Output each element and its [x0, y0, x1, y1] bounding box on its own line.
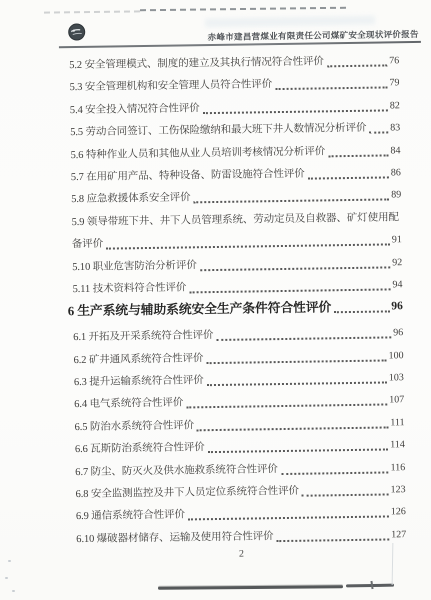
toc-entry: 6.8 安全监测监控及井下人员定位系统符合性评价 123 [75, 482, 405, 502]
toc-entry-label: 6.5 防治水系统符合性评价 [74, 418, 194, 435]
toc-entry-label: 5.5 劳动合同签订、工伤保险缴纳和最大班下井人数情况分析评价 [70, 121, 366, 140]
toc-entry: 6.1 开拓及开采系统符合性评价 96 [73, 326, 403, 346]
toc-entry-page: 127 [391, 527, 406, 542]
toc-leader-dots [197, 415, 389, 431]
toc-entry: 6 生产系统与辅助系统安全生产条件符合性评价 96 [68, 300, 403, 320]
toc-leader-dots [276, 527, 389, 542]
toc-entry-page: 103 [389, 370, 404, 385]
toc-leader-dots [207, 371, 387, 387]
toc-entry-page: 84 [390, 143, 400, 158]
toc-leader-dots [216, 326, 391, 342]
toc-entry-page: 123 [390, 482, 405, 497]
toc-leader-dots [200, 255, 391, 271]
toc-entry-label: 5.4 安全投入情况符合性评价 [70, 101, 200, 118]
toc-entry: 5.6 特种作业人员和其他从业人员培训考核情况分析评价 84 [70, 143, 400, 163]
table-of-contents: 5.2 安全管理模式、制度的建立及其执行情况符合性评价 76 5.3 安全管理机… [69, 53, 406, 554]
toc-entry-label: 6.1 开拓及开采系统符合性评价 [73, 328, 213, 345]
toc-leader-dots [328, 143, 389, 157]
toc-leader-dots [369, 121, 388, 134]
toc-entry-page: 94 [392, 277, 402, 292]
toc-leader-dots [186, 393, 387, 409]
toc-leader-dots [327, 53, 388, 67]
toc-leader-dots [188, 505, 389, 521]
toc-leader-dots [334, 300, 389, 314]
toc-entry-label: 5.11 技术资料符合性评价 [72, 280, 186, 297]
toc-leader-dots [208, 438, 389, 454]
toc-entry: 5.9 领导带班下井、井下人员管理系统、劳动定员及自救器、矿灯使用配 [71, 210, 401, 230]
toc-entry-label: 6.8 安全监测监控及井下人员定位系统符合性评价 [75, 484, 299, 502]
toc-leader-dots [307, 165, 388, 179]
toc-entry: 5.11 技术资料符合性评价 94 [72, 277, 402, 297]
toc-entry-page: 114 [390, 437, 405, 452]
toc-entry: 5.4 安全投入情况符合性评价 82 [70, 98, 400, 118]
toc-entry: 6.6 瓦斯防治系统符合性评价 114 [75, 437, 405, 457]
company-emblem-icon [68, 23, 86, 41]
toc-leader-dots [106, 233, 390, 250]
toc-entry-label: 6.2 矿井通风系统符合性评价 [73, 351, 203, 368]
toc-entry-page: 100 [388, 348, 403, 363]
toc-leader-dots [203, 98, 388, 114]
toc-entry-page: 76 [389, 53, 399, 68]
toc-entry-label: 备评价 [72, 237, 103, 252]
toc-leader-dots [189, 277, 390, 293]
toc-entry-page: 111 [390, 415, 404, 430]
toc-entry-page: 92 [392, 255, 402, 270]
toc-leader-dots [281, 460, 389, 475]
toc-entry-page: 89 [391, 188, 401, 203]
toc-entry-label: 6.10 爆破器材储存、运输及使用符合性评价 [76, 529, 274, 547]
toc-entry-page: 83 [390, 120, 400, 135]
toc-entry-label: 6.7 防尘、防灭火及供水施救系统符合性评价 [75, 462, 278, 480]
toc-entry-page: 116 [390, 460, 405, 475]
toc-entry: 5.8 应急救援体系安全评价 89 [71, 188, 401, 208]
toc-entry: 5.10 职业危害防治分析评价 92 [72, 255, 402, 275]
toc-entry-page: 86 [391, 165, 401, 180]
toc-entry-page: 82 [390, 98, 400, 113]
toc-leader-dots [193, 188, 389, 204]
toc-entry-label: 5.9 领导带班下井、井下人员管理系统、劳动定员及自救器、矿灯使用配 [71, 210, 399, 230]
toc-entry: 备评价 91 [72, 232, 402, 252]
toc-entry-label: 6.6 瓦斯防治系统符合性评价 [75, 440, 205, 457]
toc-entry-label: 6.4 电气系统符合性评价 [74, 396, 183, 413]
toc-entry: 5.5 劳动合同签订、工伤保险缴纳和最大班下井人数情况分析评价 83 [70, 120, 400, 140]
toc-entry: 5.3 安全管理机构和安全管理人员符合性评价 79 [69, 76, 399, 96]
toc-entry: 5.2 安全管理模式、制度的建立及其执行情况符合性评价 76 [69, 53, 399, 73]
toc-entry: 6.3 提升运输系统符合性评价 103 [74, 370, 404, 390]
scanned-document-page: 赤峰市建昌营煤业有限责任公司煤矿安全现状评价报告 5.2 安全管理模式、制度的建… [0, 0, 431, 600]
toc-leader-dots [302, 482, 389, 496]
toc-entry-label: 5.10 职业危害防治分析评价 [72, 258, 197, 275]
toc-entry-label: 6.9 通信系统符合性评价 [76, 508, 185, 525]
toc-entry-label: 5.3 安全管理机构和安全管理人员符合性评价 [69, 78, 272, 96]
toc-entry: 6.10 爆破器材储存、运输及使用符合性评价 127 [76, 527, 406, 547]
toc-entry-label: 5.6 特种作业人员和其他从业人员培训考核情况分析评价 [70, 144, 325, 163]
toc-entry-page: 79 [389, 76, 399, 91]
toc-entry-page: 107 [389, 393, 404, 408]
toc-entry: 5.7 在用矿用产品、特种设备、防雷设施符合性评价 86 [71, 165, 401, 185]
toc-entry: 6.4 电气系统符合性评价 107 [74, 393, 404, 413]
toc-entry-label: 5.8 应急救援体系安全评价 [71, 191, 191, 208]
toc-entry-page: 126 [391, 505, 406, 520]
toc-leader-dots [206, 348, 386, 364]
toc-entry-page: 91 [392, 232, 402, 247]
toc-entry-label: 6.3 提升运输系统符合性评价 [74, 373, 204, 390]
toc-entry-page: 96 [391, 300, 403, 315]
toc-entry: 6.2 矿井通风系统符合性评价 100 [73, 348, 403, 368]
toc-entry-page: 96 [393, 326, 403, 341]
toc-entry: 6.9 通信系统符合性评价 126 [76, 505, 406, 525]
toc-leader-dots [275, 76, 388, 91]
toc-entry-label: 5.7 在用矿用产品、特种设备、防雷设施符合性评价 [71, 167, 305, 185]
toc-entry-label: 6 生产系统与辅助系统安全生产条件符合性评价 [68, 301, 332, 320]
toc-entry: 6.7 防尘、防灭火及供水施救系统符合性评价 116 [75, 460, 405, 480]
toc-entry-label: 5.2 安全管理模式、制度的建立及其执行情况符合性评价 [69, 54, 324, 73]
toc-entry: 6.5 防治水系统符合性评价 111 [74, 415, 404, 435]
